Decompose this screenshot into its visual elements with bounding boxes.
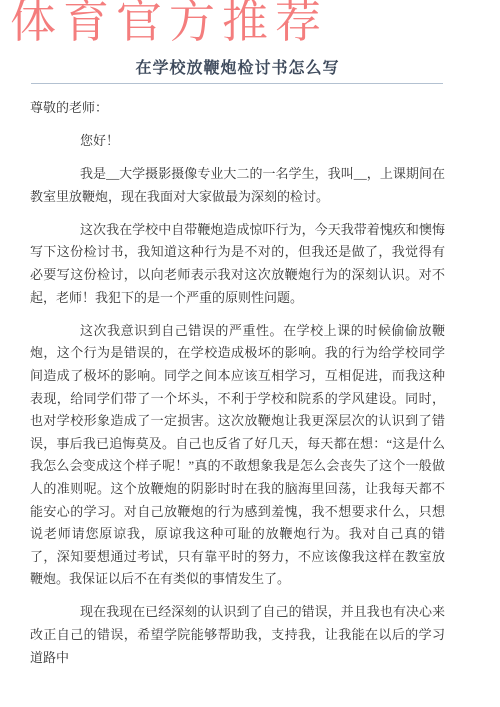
document-page: 体育官方推荐 在学校放鞭炮检讨书怎么写 尊敬的老师： 您好！ 我是__大学摄影摄… <box>0 0 500 707</box>
letter-paragraph: 这次我在学校中自带鞭炮造成惊吓行为，今天我带着愧疚和懊悔写下这份检讨书，我知道这… <box>30 219 445 309</box>
page-title: 在学校放鞭炮检讨书怎么写 <box>30 55 445 78</box>
watermark-title: 体育官方推荐 <box>10 0 328 49</box>
letter-paragraph: 这次我意识到自己错误的严重性。在学校上课的时候偷偷放鞭炮，这个行为是错误的，在学… <box>30 320 445 591</box>
letter-paragraph: 我是__大学摄影摄像专业大二的一名学生，我叫__，上课期间在教室里放鞭炮，现在我… <box>30 163 445 208</box>
letter-paragraph: 现在我现在已经深刻的认识到了自己的错误，并且我也有决心来改正自己的错误，希望学院… <box>30 601 445 669</box>
title-divider <box>31 83 443 84</box>
letter-paragraph: 您好！ <box>30 130 445 153</box>
letter-body: 尊敬的老师： 您好！ 我是__大学摄影摄像专业大二的一名学生，我叫__，上课期间… <box>30 90 445 680</box>
letter-salutation: 尊敬的老师： <box>30 97 445 120</box>
